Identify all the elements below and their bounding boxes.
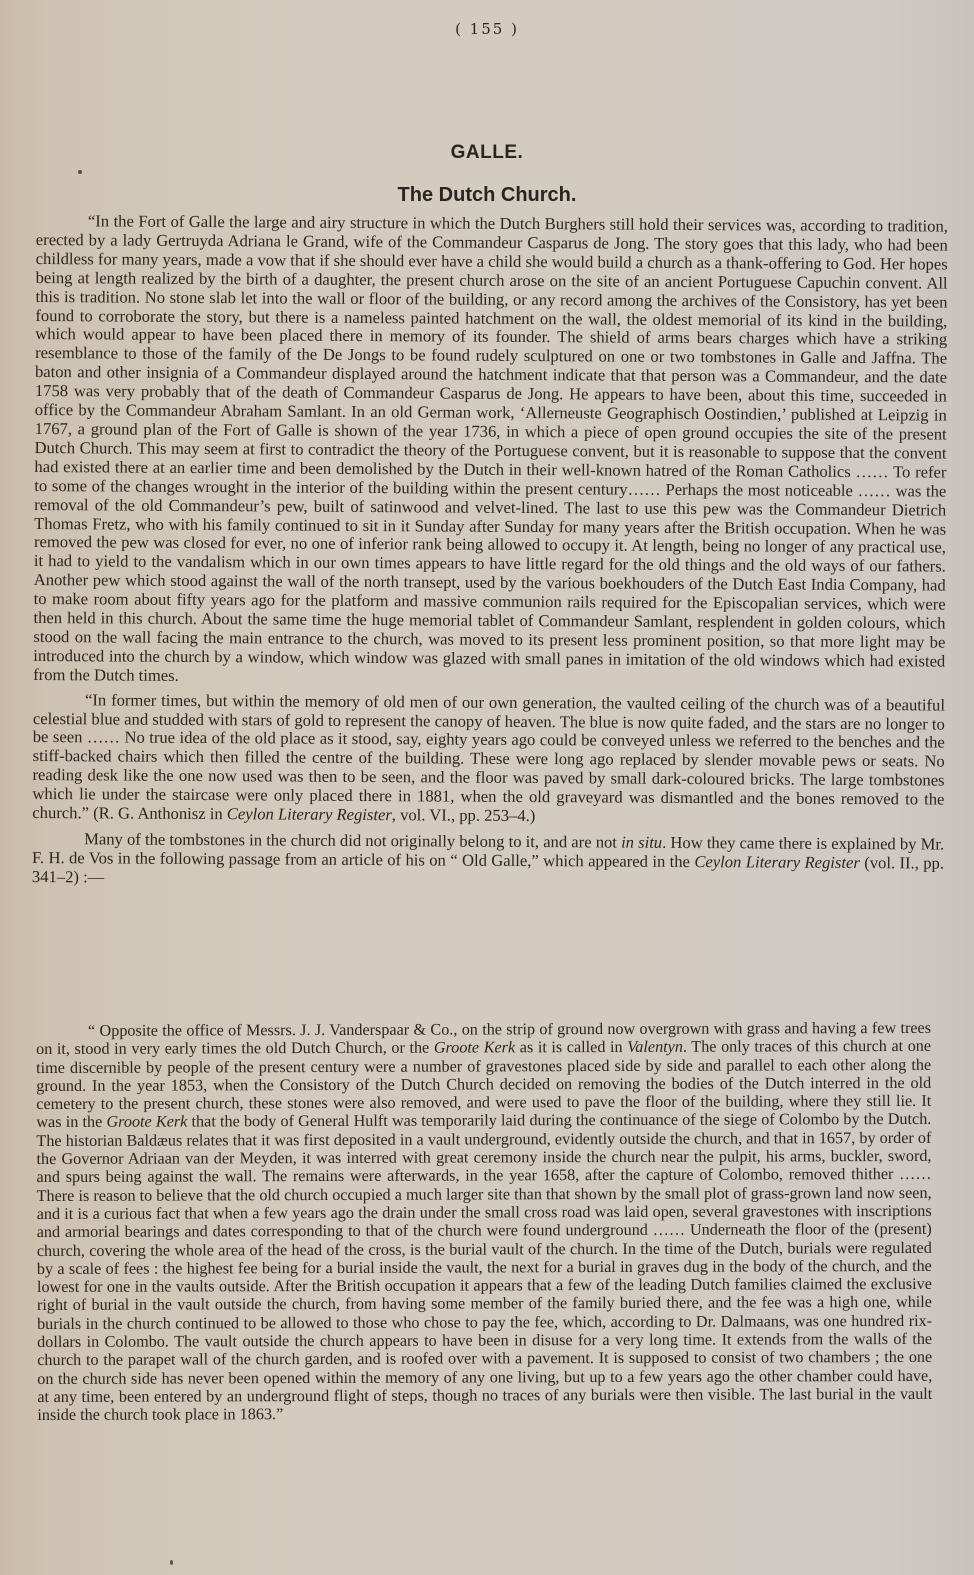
section-title: GALLE. bbox=[0, 142, 974, 164]
italic-groote-kerk: Groote Kerk bbox=[106, 1113, 187, 1131]
paper-speck bbox=[170, 1560, 173, 1565]
article-title: The Dutch Church. bbox=[0, 184, 974, 207]
italic-in-situ: in situ bbox=[621, 833, 662, 852]
text-span: that the body of General Hulft was tempo… bbox=[36, 1110, 932, 1424]
citation-source: Ceylon Literary Register bbox=[227, 804, 392, 824]
paragraph-tombstones-intro: Many of the tombstones in the church did… bbox=[32, 830, 944, 892]
paragraph-old-galle-quote: “ Opposite the office of Messrs. J. J. V… bbox=[36, 1019, 932, 1425]
italic-groote-kerk: Groote Kerk bbox=[434, 1039, 515, 1057]
book-page: ( 155 ) GALLE. The Dutch Church. “In the… bbox=[0, 0, 974, 1575]
article-body-lower: “ Opposite the office of Messrs. J. J. V… bbox=[36, 1019, 932, 1425]
paragraph-hatchment-history: “In the Fort of Galle the large and airy… bbox=[33, 212, 948, 690]
italic-valentyn: Valentyn bbox=[627, 1038, 683, 1056]
paper-speck bbox=[78, 170, 82, 174]
citation-suffix: , vol. VI., pp. 253–4.) bbox=[392, 805, 536, 825]
quote-text: “In former times, but within the memory … bbox=[32, 690, 945, 822]
italic-source: Ceylon Literary Register bbox=[694, 852, 860, 872]
paragraph-former-times: “In former times, but within the memory … bbox=[32, 691, 945, 829]
article-body-upper: “In the Fort of Galle the large and airy… bbox=[32, 212, 948, 904]
page-number: ( 155 ) bbox=[0, 20, 974, 38]
text-span: as it is called in bbox=[515, 1038, 627, 1056]
citation-prefix: (R. G. Anthonisz in bbox=[89, 803, 227, 823]
